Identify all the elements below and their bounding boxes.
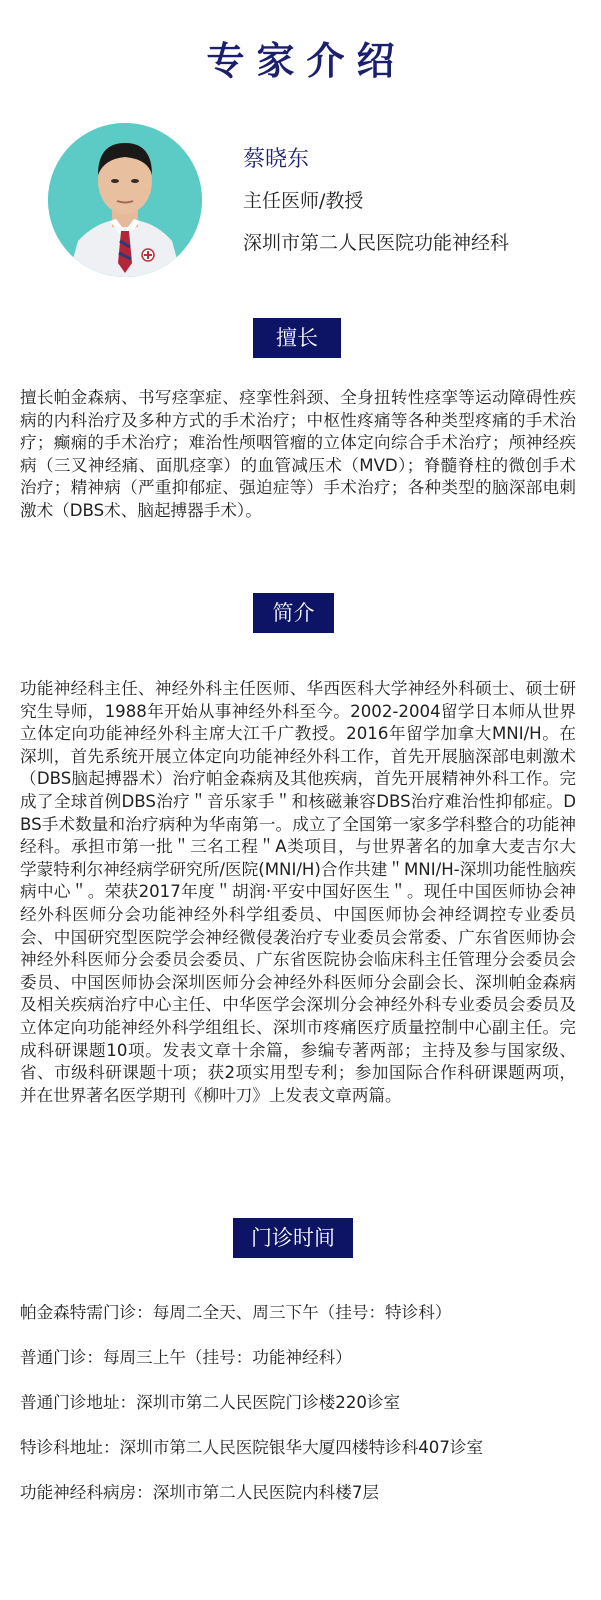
doctor-department: 深圳市第二人民医院功能神经科 (243, 222, 509, 264)
specialty-text: 擅长帕金森病、书写痉挛症、痉挛性斜颈、全身扭转性痉挛等运动障碍性疾病的内科治疗及… (20, 387, 576, 523)
clinic-item-general-hours: 普通门诊：每周三上午（挂号：功能神经科） (20, 1346, 590, 1391)
clinic-item-general-address: 普通门诊地址：深圳市第二人民医院门诊楼220诊室 (20, 1391, 590, 1436)
clinic-hours-heading: 门诊时间 (233, 1218, 353, 1258)
doctor-portrait-icon (48, 123, 202, 277)
doctor-profile: 蔡晓东 主任医师/教授 深圳市第二人民医院功能神经科 (243, 140, 509, 264)
specialty-heading: 擅长 (253, 318, 341, 358)
clinic-hours-list: 帕金森特需门诊：每周二全天、周三下午（挂号：特诊科） 普通门诊：每周三上午（挂号… (20, 1301, 590, 1526)
clinic-item-special-address: 特诊科地址：深圳市第二人民医院银华大厦四楼特诊科407诊室 (20, 1436, 590, 1481)
clinic-item-parkinson-special: 帕金森特需门诊：每周二全天、周三下午（挂号：特诊科） (20, 1301, 590, 1346)
doctor-name: 蔡晓东 (243, 140, 509, 180)
intro-text: 功能神经科主任、神经外科主任医师、华西医科大学神经外科硕士、硕士研究生导师，19… (20, 678, 576, 1107)
page-title: 专家介绍 (0, 30, 601, 85)
clinic-item-ward-address: 功能神经科病房：深圳市第二人民医院内科楼7层 (20, 1481, 590, 1526)
doctor-title: 主任医师/教授 (243, 180, 509, 222)
doctor-avatar (48, 123, 202, 277)
intro-heading: 简介 (253, 593, 334, 633)
